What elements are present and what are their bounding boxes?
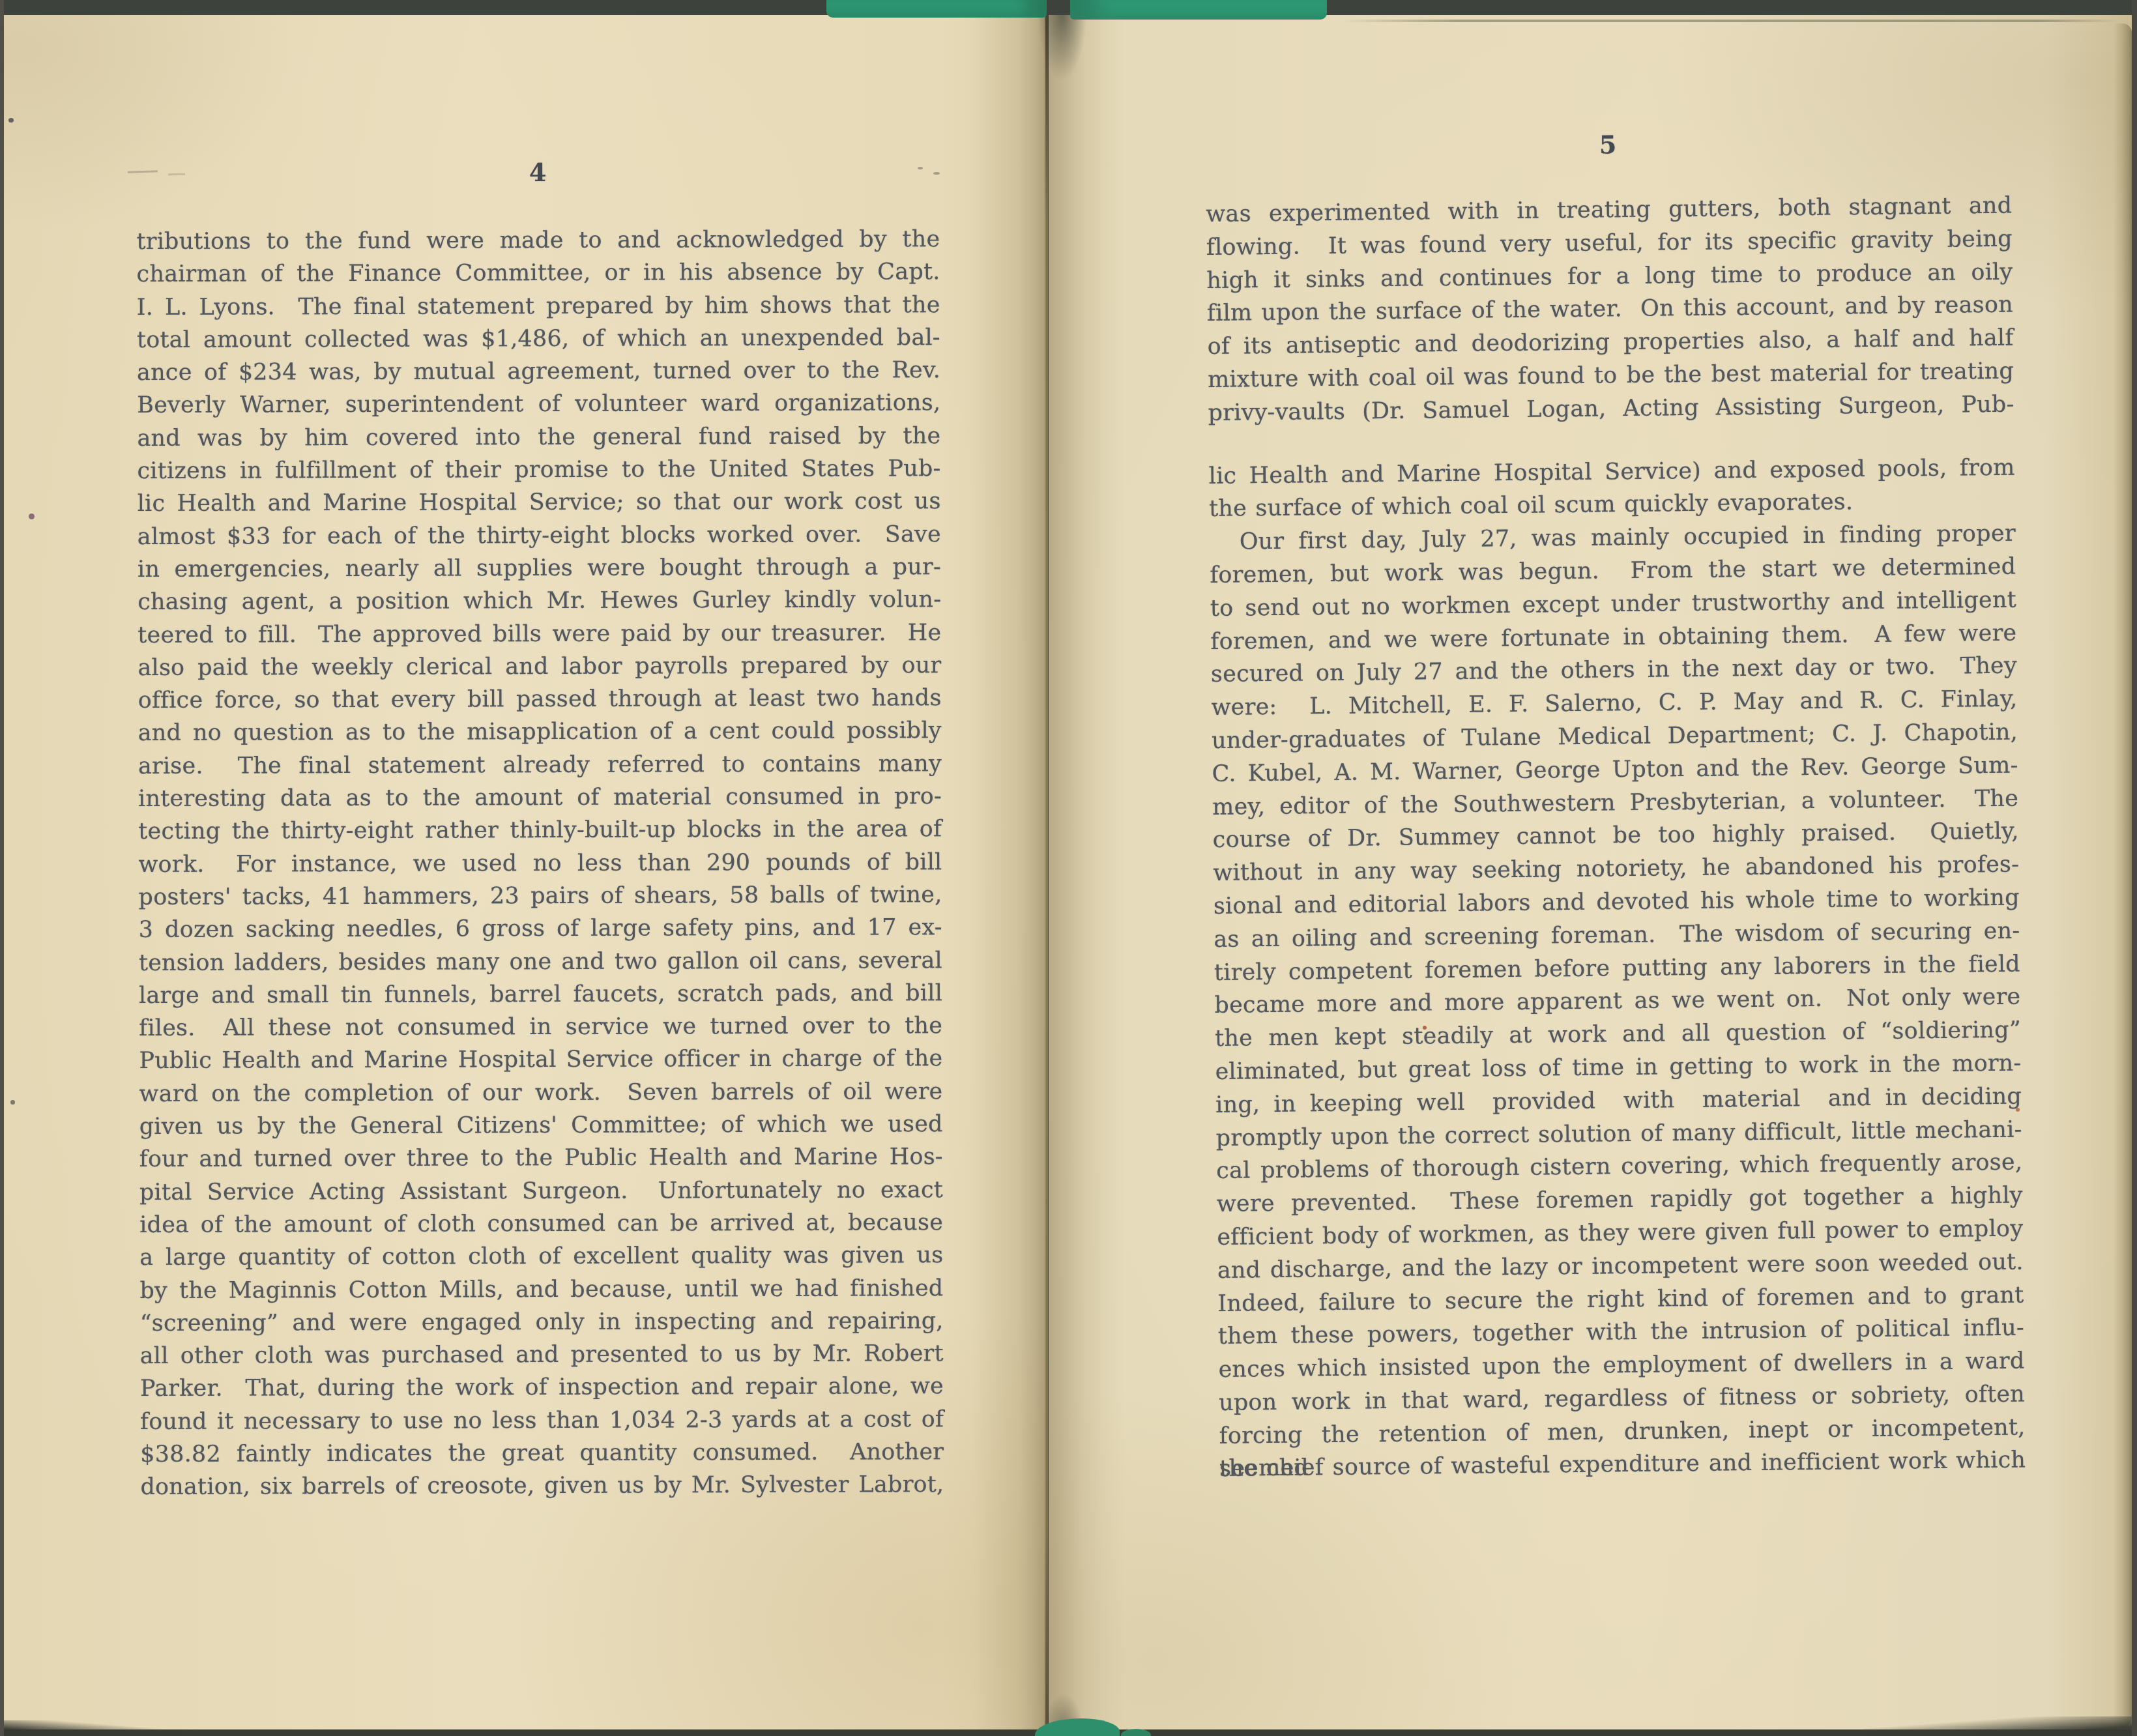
text-line: ward on the completion of our work. Seve… [139, 1075, 942, 1110]
text-line: I. L. Lyons. The final statement prepare… [137, 289, 940, 324]
book-scan: 4 tributions to the fund were made to an… [0, 0, 2137, 1736]
text-line: tributions to the fund were made to and … [136, 223, 940, 258]
text-line: work. For instance, we used no less than… [138, 846, 942, 881]
text-line: interesting data as to the amount of mat… [138, 780, 942, 815]
binding-tape-top-right [1070, 0, 1327, 20]
text-line: in emergencies, nearly all supplies were… [138, 551, 941, 586]
text-line: Public Health and Marine Hospital Servic… [139, 1043, 942, 1078]
gutter-shadow-left [972, 14, 1045, 1729]
ink-speck [10, 1100, 15, 1105]
text-line: all other cloth was purchased and presen… [140, 1337, 944, 1372]
gutter-crease [1045, 14, 1048, 1729]
pencil-mark [933, 172, 940, 175]
page-stack-edge-top [1343, 20, 2118, 22]
text-line: donation, six barrels of creosote, given… [140, 1468, 944, 1503]
text-line: given us by the General Citizens' Commit… [139, 1108, 943, 1143]
text-line: Parker. That, during the work of inspect… [140, 1370, 944, 1406]
text-line: and no question as to the misapplication… [138, 715, 942, 750]
text-line: Beverly Warner, superintendent of volunt… [137, 387, 940, 422]
page-5-column: 5 was experimented with in treating gutt… [1205, 126, 2026, 1486]
text-line: found it necessary to use no less than 1… [140, 1403, 944, 1438]
text-line: arise. The final statement already refer… [138, 747, 942, 783]
text-line: 3 dozen sacking needles, 6 gross of larg… [139, 911, 942, 946]
pencil-mark [918, 167, 923, 169]
text-line: chasing agent, a position which Mr. Hewe… [138, 583, 941, 618]
text-line: total amount collected was $1,486, of wh… [137, 321, 940, 356]
text-line: tension ladders, besides many one and tw… [139, 944, 942, 979]
binding-tape-bottom-small [1121, 1729, 1151, 1736]
text-line: pital Service Acting Assistant Surgeon. … [139, 1174, 943, 1209]
text-line: citizens in fulfillment of their promise… [137, 452, 940, 487]
page-number-4: 4 [136, 156, 940, 189]
page-4-column: 4 tributions to the fund were made to an… [136, 156, 944, 1503]
scan-border-top [0, 0, 2137, 15]
cover-edge-left [0, 0, 4, 1736]
text-line: almost $33 for each of the thirty-eight … [138, 518, 941, 553]
text-line: chairman of the Finance Committee, or in… [136, 255, 940, 291]
text-line: large and small tin funnels, barrel fauc… [139, 977, 942, 1012]
rust-speck [1423, 1026, 1427, 1030]
text-line: ance of $234 was, by mutual agreement, t… [137, 354, 940, 389]
text-line: office force, so that every bill passed … [138, 682, 942, 717]
scan-border-corner-bl [0, 1720, 196, 1736]
text-line: a large quantity of cotton cloth of exce… [139, 1239, 943, 1274]
text-line: by the Maginnis Cotton Mills, and becaus… [139, 1272, 943, 1307]
page-5-text: was experimented with in treating gutter… [1206, 190, 2026, 1486]
text-line: and was by him covered into the general … [137, 420, 940, 455]
ink-speck [8, 118, 14, 123]
text-line: four and turned over three to the Public… [139, 1140, 943, 1176]
text-line: also paid the weekly clerical and labor … [138, 649, 941, 684]
ink-speck [29, 514, 35, 519]
gutter-shadow-right [1048, 12, 1125, 1729]
page-stack-edge-right [2114, 23, 2132, 1727]
page-4-text: tributions to the fund were made to and … [136, 223, 944, 1503]
text-line: “screening” and were engaged only in ins… [140, 1305, 944, 1340]
text-line: posters' tacks, 41 hammers, 23 pairs of … [138, 878, 942, 914]
pencil-mark [168, 173, 185, 175]
cover-edge-right [2132, 0, 2137, 1736]
text-line: tecting the thirty-eight rather thinly-b… [138, 813, 942, 848]
rust-speck [2016, 1108, 2020, 1112]
binding-tape-top-left [826, 0, 1047, 18]
text-line: $38.82 faintly indicates the great quant… [140, 1436, 944, 1471]
scan-border-corner-br [1863, 1716, 2137, 1736]
text-line: teered to fill. The approved bills were … [138, 616, 941, 652]
text-line: files. All these not consumed in service… [139, 1009, 942, 1045]
text-line: lic Health and Marine Hospital Service; … [138, 485, 941, 520]
text-line: idea of the amount of cloth consumed can… [139, 1206, 943, 1241]
gutter-top-shadow [1030, 12, 1095, 119]
